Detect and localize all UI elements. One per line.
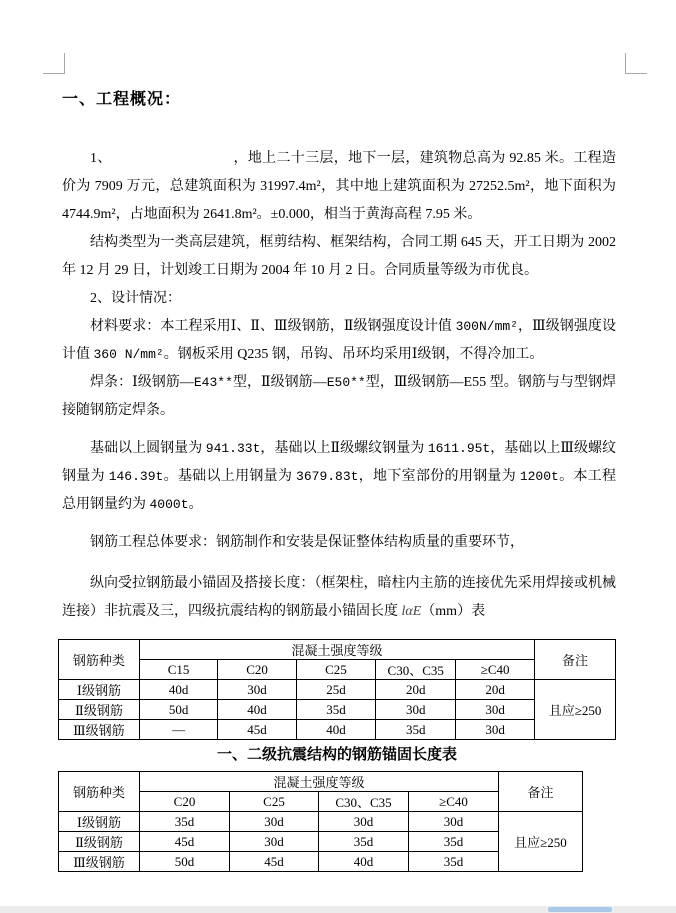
text-segment: ，基础以上Ⅱ级螺纹钢量为 [260, 441, 427, 456]
anchorage-value-cell: 35d [409, 852, 499, 872]
note-header: 备注 [499, 772, 583, 812]
rebar-type-header: 钢筋种类 [59, 640, 140, 680]
anchorage-value-cell: 30d [218, 680, 296, 700]
table-row: Ⅲ级钢筋—45d40d35d30d [59, 720, 616, 740]
anchorage-value-cell: 40d [218, 700, 296, 720]
text-segment-mono: E43** [194, 375, 233, 390]
table-row: Ⅰ级钢筋40d30d25d20d20d且应≥250 [59, 680, 616, 700]
text-segment-mono: 146.39t [109, 469, 164, 484]
para-structure-type: 结构类型为一类高层建筑，框剪结构、框架结构，合同工期 645 天，开工日期为 2… [62, 229, 616, 285]
rebar-type-label: Ⅰ级钢筋 [59, 812, 140, 832]
note-cell: 且应≥250 [535, 680, 616, 740]
text-segment: 纵向受拉钢筋最小锚固及搭接长度：（框架柱，暗柱内主筋的连接优先采用焊接或机械连接… [62, 576, 616, 619]
text-segment-mono: E50** [327, 375, 366, 390]
text-segment-formula: lαE [402, 604, 422, 619]
text-segment-mono: 1611.95t [428, 441, 490, 456]
text-segment: 钢筋工程总体要求：钢筋制作和安装是保证整体结构质量的重要环节， [90, 535, 524, 550]
horizontal-scrollbar-thumb[interactable] [548, 907, 612, 912]
rebar-type-label: Ⅲ级钢筋 [59, 852, 140, 872]
text-segment-mono: 4000t [150, 497, 189, 512]
text-segment-mono: 3679.83t [296, 469, 358, 484]
text-segment: 。基础以上用钢量为 [163, 469, 296, 484]
concrete-grade-header: C20 [218, 660, 296, 680]
table-row: Ⅱ级钢筋50d40d35d30d30d [59, 700, 616, 720]
anchorage-value-cell: 45d [140, 832, 230, 852]
anchorage-value-cell: 30d [456, 720, 535, 740]
anchorage-value-cell: 40d [296, 720, 375, 740]
anchorage-value-cell: — [139, 720, 217, 740]
anchorage-value-cell: 35d [296, 700, 375, 720]
anchorage-value-cell: 30d [456, 700, 535, 720]
anchorage-value-cell: 35d [319, 832, 409, 852]
anchorage-value-cell: 45d [230, 852, 319, 872]
concrete-grade-group-header: 混凝土强度等级 [140, 772, 499, 792]
text-segment: 材料要求：本工程采用Ⅰ、Ⅱ、Ⅲ级钢筋，Ⅱ级钢强度设计值 [90, 319, 456, 334]
text-segment: 。钢板采用 Q235 钢，吊钩、吊环均采用Ⅰ级钢，不得冷加工。 [164, 347, 544, 362]
para-project-overview: 1、 ，地上二十三层，地下一层，建筑物总高为 92.85 米。工程造价为 790… [62, 145, 616, 229]
concrete-grade-header: ≥C40 [456, 660, 535, 680]
text-segment: 型，Ⅱ级钢筋— [233, 375, 327, 390]
text-segment-mono: 300N/mm² [456, 319, 518, 334]
anchorage-value-cell: 35d [409, 832, 499, 852]
anchorage-table-nonseismic-container: 钢筋种类混凝土强度等级备注C15C20C25C30、C35≥C40Ⅰ级钢筋40d… [58, 639, 616, 740]
tables-area: 钢筋种类混凝土强度等级备注C15C20C25C30、C35≥C40Ⅰ级钢筋40d… [58, 639, 616, 872]
margin-crop-mark-right [625, 53, 647, 74]
anchorage-value-cell: 30d [230, 812, 319, 832]
text-segment: 基础以上圆钢量为 [90, 441, 206, 456]
text-segment: ，地下室部份的用钢量为 [358, 469, 519, 484]
text-segment-mono: 941.33t [206, 441, 261, 456]
text-segment: 结构类型为一类高层建筑，框剪结构、框架结构，合同工期 645 天，开工日期为 2… [62, 235, 616, 278]
rebar-type-label: Ⅰ级钢筋 [59, 680, 140, 700]
concrete-grade-header: C15 [139, 660, 217, 680]
anchorage-value-cell: 40d [139, 680, 217, 700]
text-segment: 2、设计情况： [90, 291, 181, 306]
text-segment: 焊条：Ⅰ级钢筋— [90, 375, 194, 390]
rebar-type-header: 钢筋种类 [59, 772, 140, 812]
document-page: { "colors": { "page_background": "#fffff… [0, 0, 676, 913]
anchorage-value-cell: 40d [319, 852, 409, 872]
para-anchorage-intro: 纵向受拉钢筋最小锚固及搭接长度：（框架柱，暗柱内主筋的连接优先采用焊接或机械连接… [62, 570, 616, 626]
anchorage-value-cell: 30d [409, 812, 499, 832]
concrete-grade-group-header: 混凝土强度等级 [139, 640, 534, 660]
horizontal-scrollbar[interactable] [0, 906, 676, 913]
rebar-type-label: Ⅱ级钢筋 [59, 832, 140, 852]
rebar-type-label: Ⅱ级钢筋 [59, 700, 140, 720]
note-cell: 且应≥250 [499, 812, 583, 872]
text-segment: 。 [189, 497, 203, 512]
anchorage-value-cell: 20d [376, 680, 456, 700]
text-segment-mono: 360 N/mm² [94, 347, 164, 362]
anchorage-value-cell: 45d [218, 720, 296, 740]
document-content: 一、工程概况： 1、 ，地上二十三层，地下一层，建筑物总高为 92.85 米。工… [62, 86, 616, 872]
anchorage-value-cell: 25d [296, 680, 375, 700]
rebar-type-label: Ⅲ级钢筋 [59, 720, 140, 740]
anchorage-value-cell: 30d [376, 700, 456, 720]
concrete-grade-header: C25 [296, 660, 375, 680]
section-title: 一、工程概况： [62, 86, 616, 109]
concrete-grade-header: C30、C35 [319, 792, 409, 812]
anchorage-table-seismic-grade12: 钢筋种类混凝土强度等级备注C20C25C30、C35≥C40Ⅰ级钢筋35d30d… [58, 771, 583, 872]
concrete-grade-header: ≥C40 [409, 792, 499, 812]
text-segment: （mm）表 [421, 604, 485, 619]
margin-crop-mark-left [43, 53, 65, 74]
anchorage-value-cell: 35d [376, 720, 456, 740]
anchorage-table-nonseismic: 钢筋种类混凝土强度等级备注C15C20C25C30、C35≥C40Ⅰ级钢筋40d… [58, 639, 616, 740]
para-design-heading: 2、设计情况： [62, 285, 616, 313]
anchorage-value-cell: 30d [319, 812, 409, 832]
para-welding-rods: 焊条：Ⅰ级钢筋—E43**型，Ⅱ级钢筋—E50**型，Ⅲ级钢筋—E55 型。钢筋… [62, 369, 616, 425]
anchorage-table-seismic-container: 钢筋种类混凝土强度等级备注C20C25C30、C35≥C40Ⅰ级钢筋35d30d… [58, 771, 616, 872]
concrete-grade-header: C30、C35 [376, 660, 456, 680]
table-row: Ⅰ级钢筋35d30d30d30d且应≥250 [59, 812, 583, 832]
concrete-grade-header: C20 [140, 792, 230, 812]
para-steel-quantities: 基础以上圆钢量为 941.33t，基础以上Ⅱ级螺纹钢量为 1611.95t，基础… [62, 435, 616, 519]
text-segment-mono: 1200t [520, 469, 559, 484]
table-caption: 一、二级抗震结构的钢筋锚固长度表 [58, 743, 616, 764]
para-material-requirements: 材料要求：本工程采用Ⅰ、Ⅱ、Ⅲ级钢筋，Ⅱ级钢强度设计值 300N/mm²，Ⅲ级钢… [62, 313, 616, 369]
anchorage-value-cell: 30d [230, 832, 319, 852]
anchorage-value-cell: 50d [140, 852, 230, 872]
note-header: 备注 [535, 640, 616, 680]
anchorage-value-cell: 35d [140, 812, 230, 832]
body-paragraphs: 1、 ，地上二十三层，地下一层，建筑物总高为 92.85 米。工程造价为 790… [62, 145, 616, 626]
para-rebar-general-requirement: 钢筋工程总体要求：钢筋制作和安装是保证整体结构质量的重要环节， [62, 529, 616, 557]
text-segment: 1、 ，地上二十三层，地下一层，建筑物总高为 92.85 米。工程造价为 790… [62, 151, 616, 222]
anchorage-value-cell: 20d [456, 680, 535, 700]
concrete-grade-header: C25 [230, 792, 319, 812]
anchorage-value-cell: 50d [139, 700, 217, 720]
